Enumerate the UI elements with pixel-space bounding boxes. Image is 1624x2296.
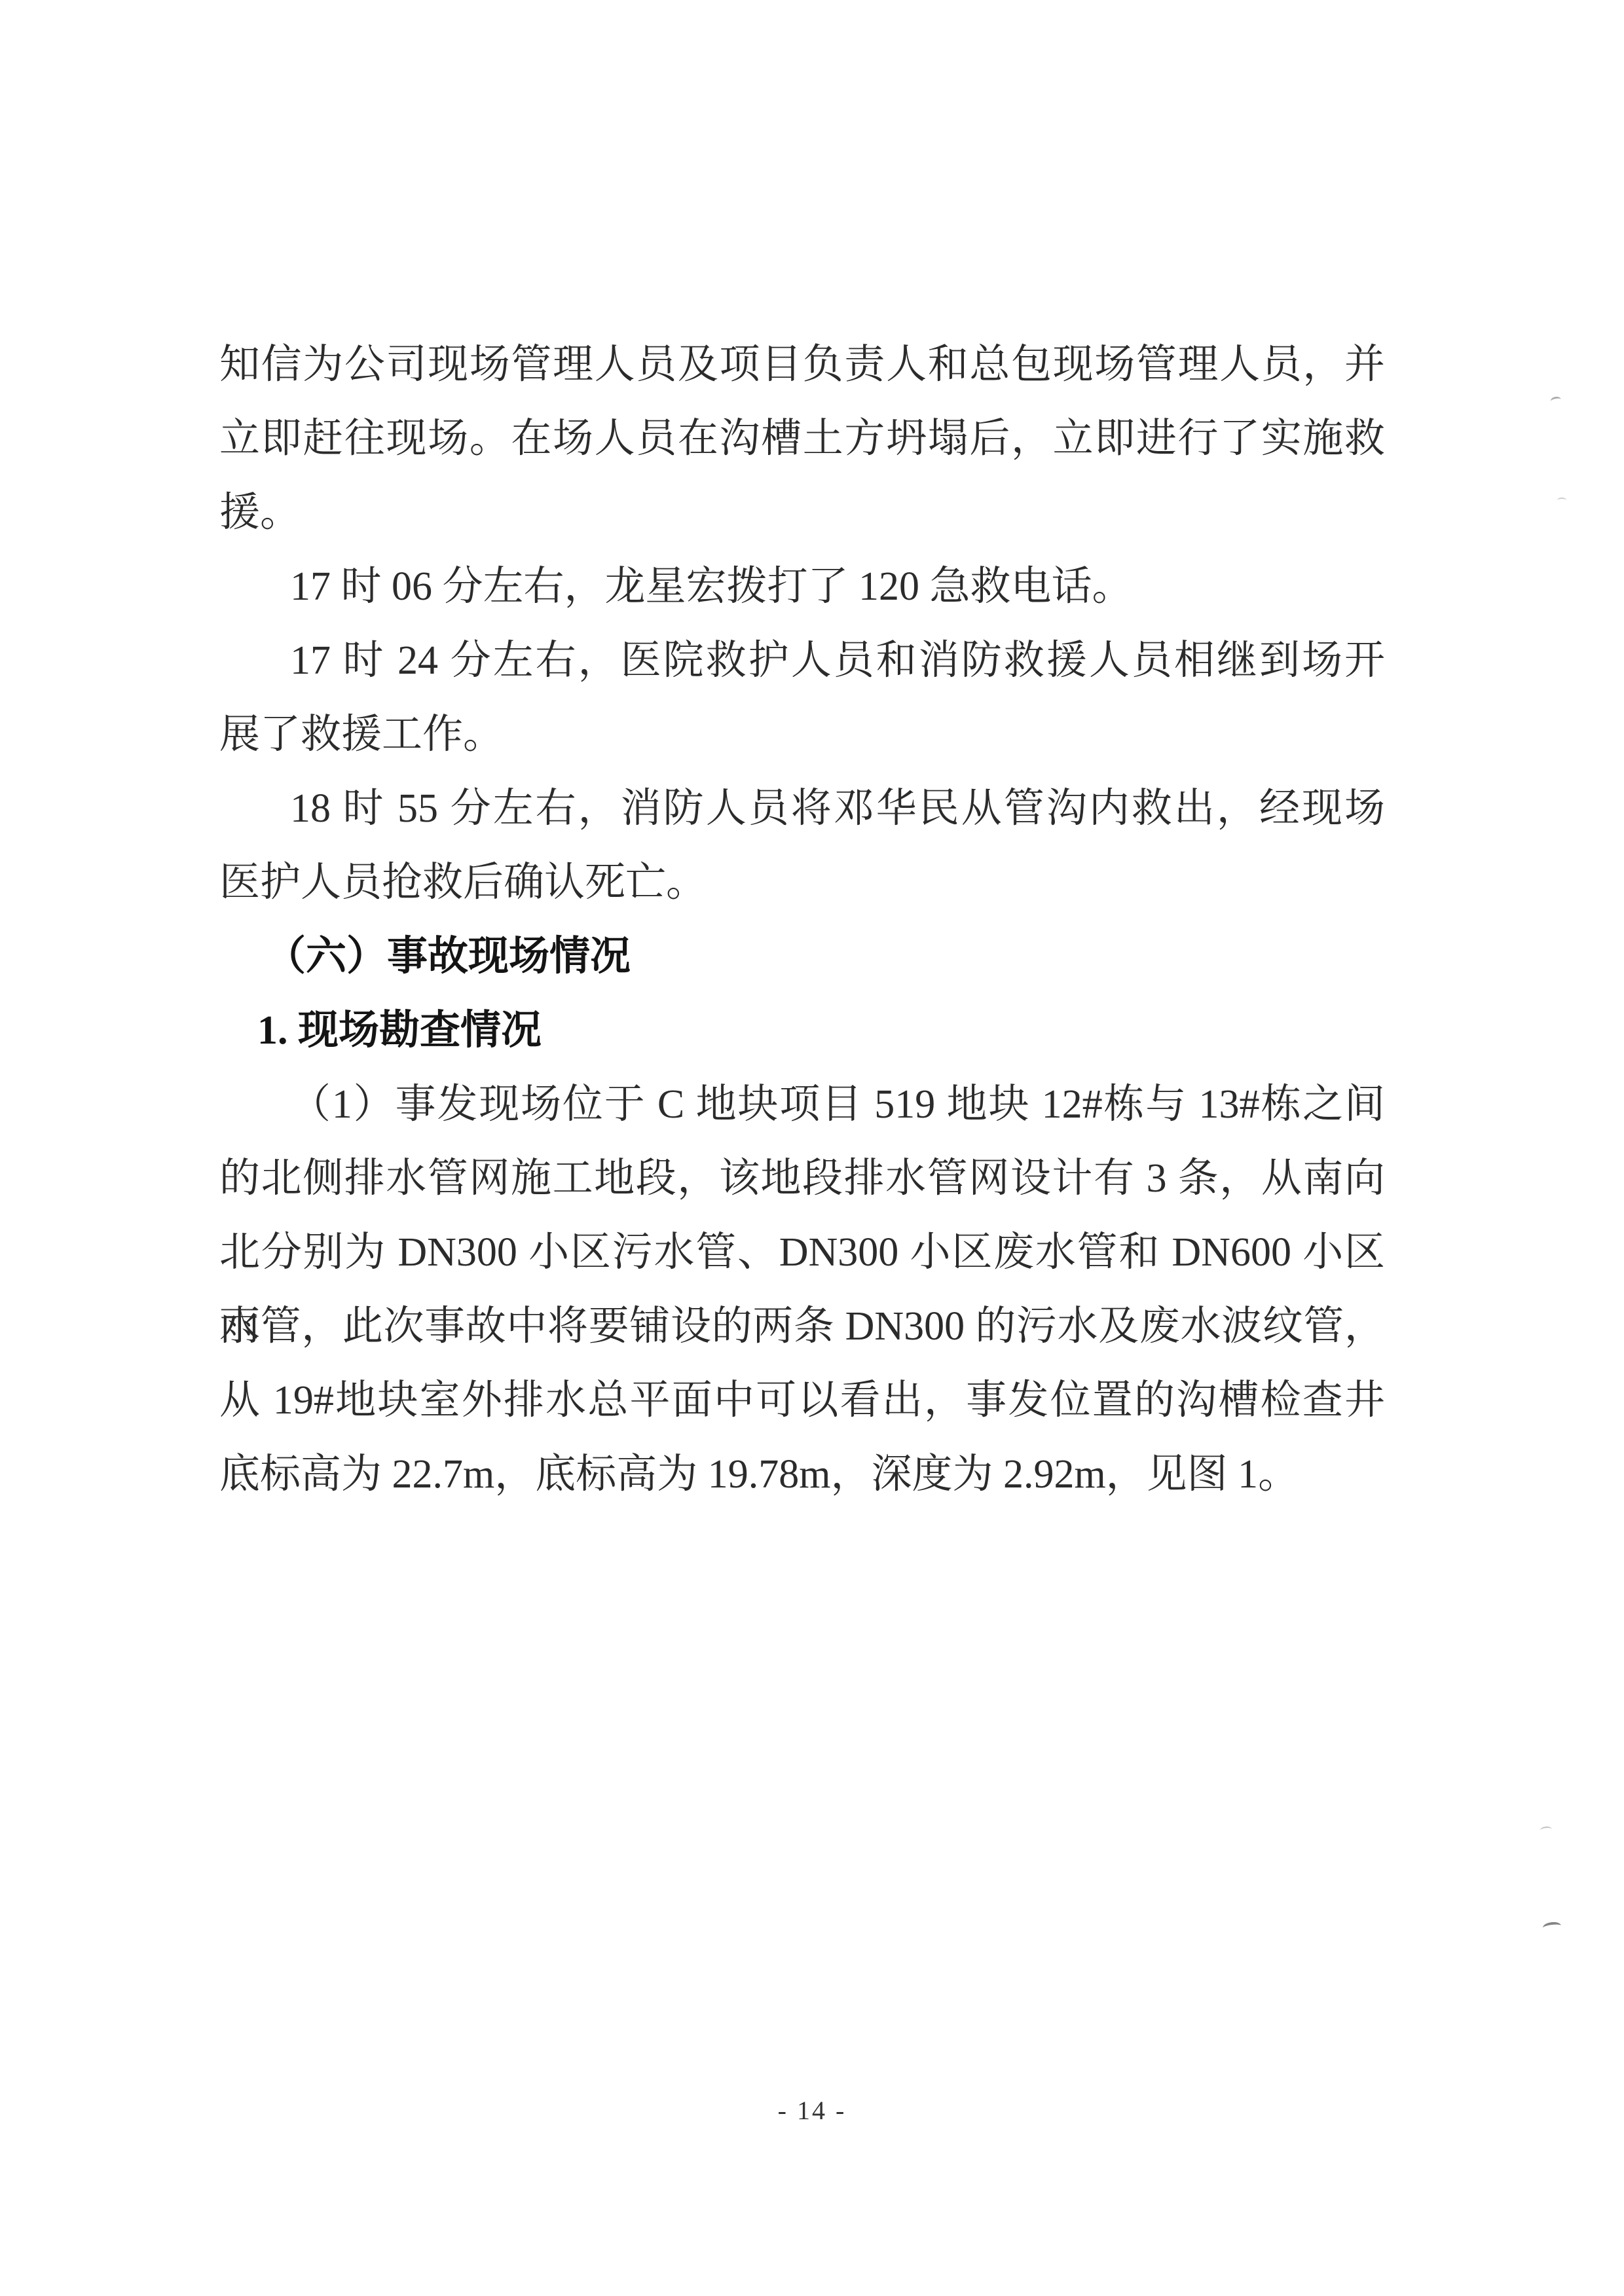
page-number: - 14 - [0, 2095, 1624, 2126]
body-text-line: 17 时 06 分左右，龙星宏拨打了 120 急救电话。 [219, 550, 1385, 624]
text-block: 知信为公司现场管理人员及项目负责人和总包现场管理人员，并立即赶往现场。在场人员在… [219, 328, 1385, 1512]
scan-artifact-speck [1557, 498, 1566, 503]
body-text-line: 的北侧排水管网施工地段，该地段排水管网设计有 3 条，从南向 [219, 1142, 1385, 1216]
body-text-line: 北分别为 DN300 小区污水管、DN300 小区废水管和 DN600 小区雨 [219, 1216, 1385, 1290]
body-text-line: 从 19#地块室外排水总平面中可以看出，事发位置的沟槽检查井 [219, 1364, 1385, 1438]
body-text-line: 援。 [219, 476, 1385, 550]
body-text-line: 展了救援工作。 [219, 698, 1385, 772]
body-text-line: 医护人员抢救后确认死亡。 [219, 846, 1385, 920]
scan-artifact-speck [1542, 1921, 1561, 1932]
document-page: 知信为公司现场管理人员及项目负责人和总包现场管理人员，并立即赶往现场。在场人员在… [0, 0, 1624, 2296]
body-text-line: 立即赶往现场。在场人员在沟槽土方坍塌后，立即进行了实施救 [219, 402, 1385, 476]
scan-artifact-speck [1540, 1826, 1553, 1834]
body-text-line: 底标高为 22.7m，底标高为 19.78m，深度为 2.92m，见图 1。 [219, 1438, 1385, 1512]
body-text-line: 18 时 55 分左右，消防人员将邓华民从管沟内救出，经现场 [219, 772, 1385, 846]
heading-line: 1. 现场勘查情况 [219, 994, 1385, 1068]
heading-line: （六）事故现场情况 [219, 920, 1385, 994]
body-text-line: 水管，此次事故中将要铺设的两条 DN300 的污水及废水波纹管， [219, 1290, 1385, 1364]
body-text-line: 知信为公司现场管理人员及项目负责人和总包现场管理人员，并 [219, 328, 1385, 402]
body-text-line: 17 时 24 分左右，医院救护人员和消防救援人员相继到场开 [219, 624, 1385, 698]
scan-artifact-speck [1550, 396, 1562, 405]
body-text-line: （1）事发现场位于 C 地块项目 519 地块 12#栋与 13#栋之间 [219, 1068, 1385, 1142]
